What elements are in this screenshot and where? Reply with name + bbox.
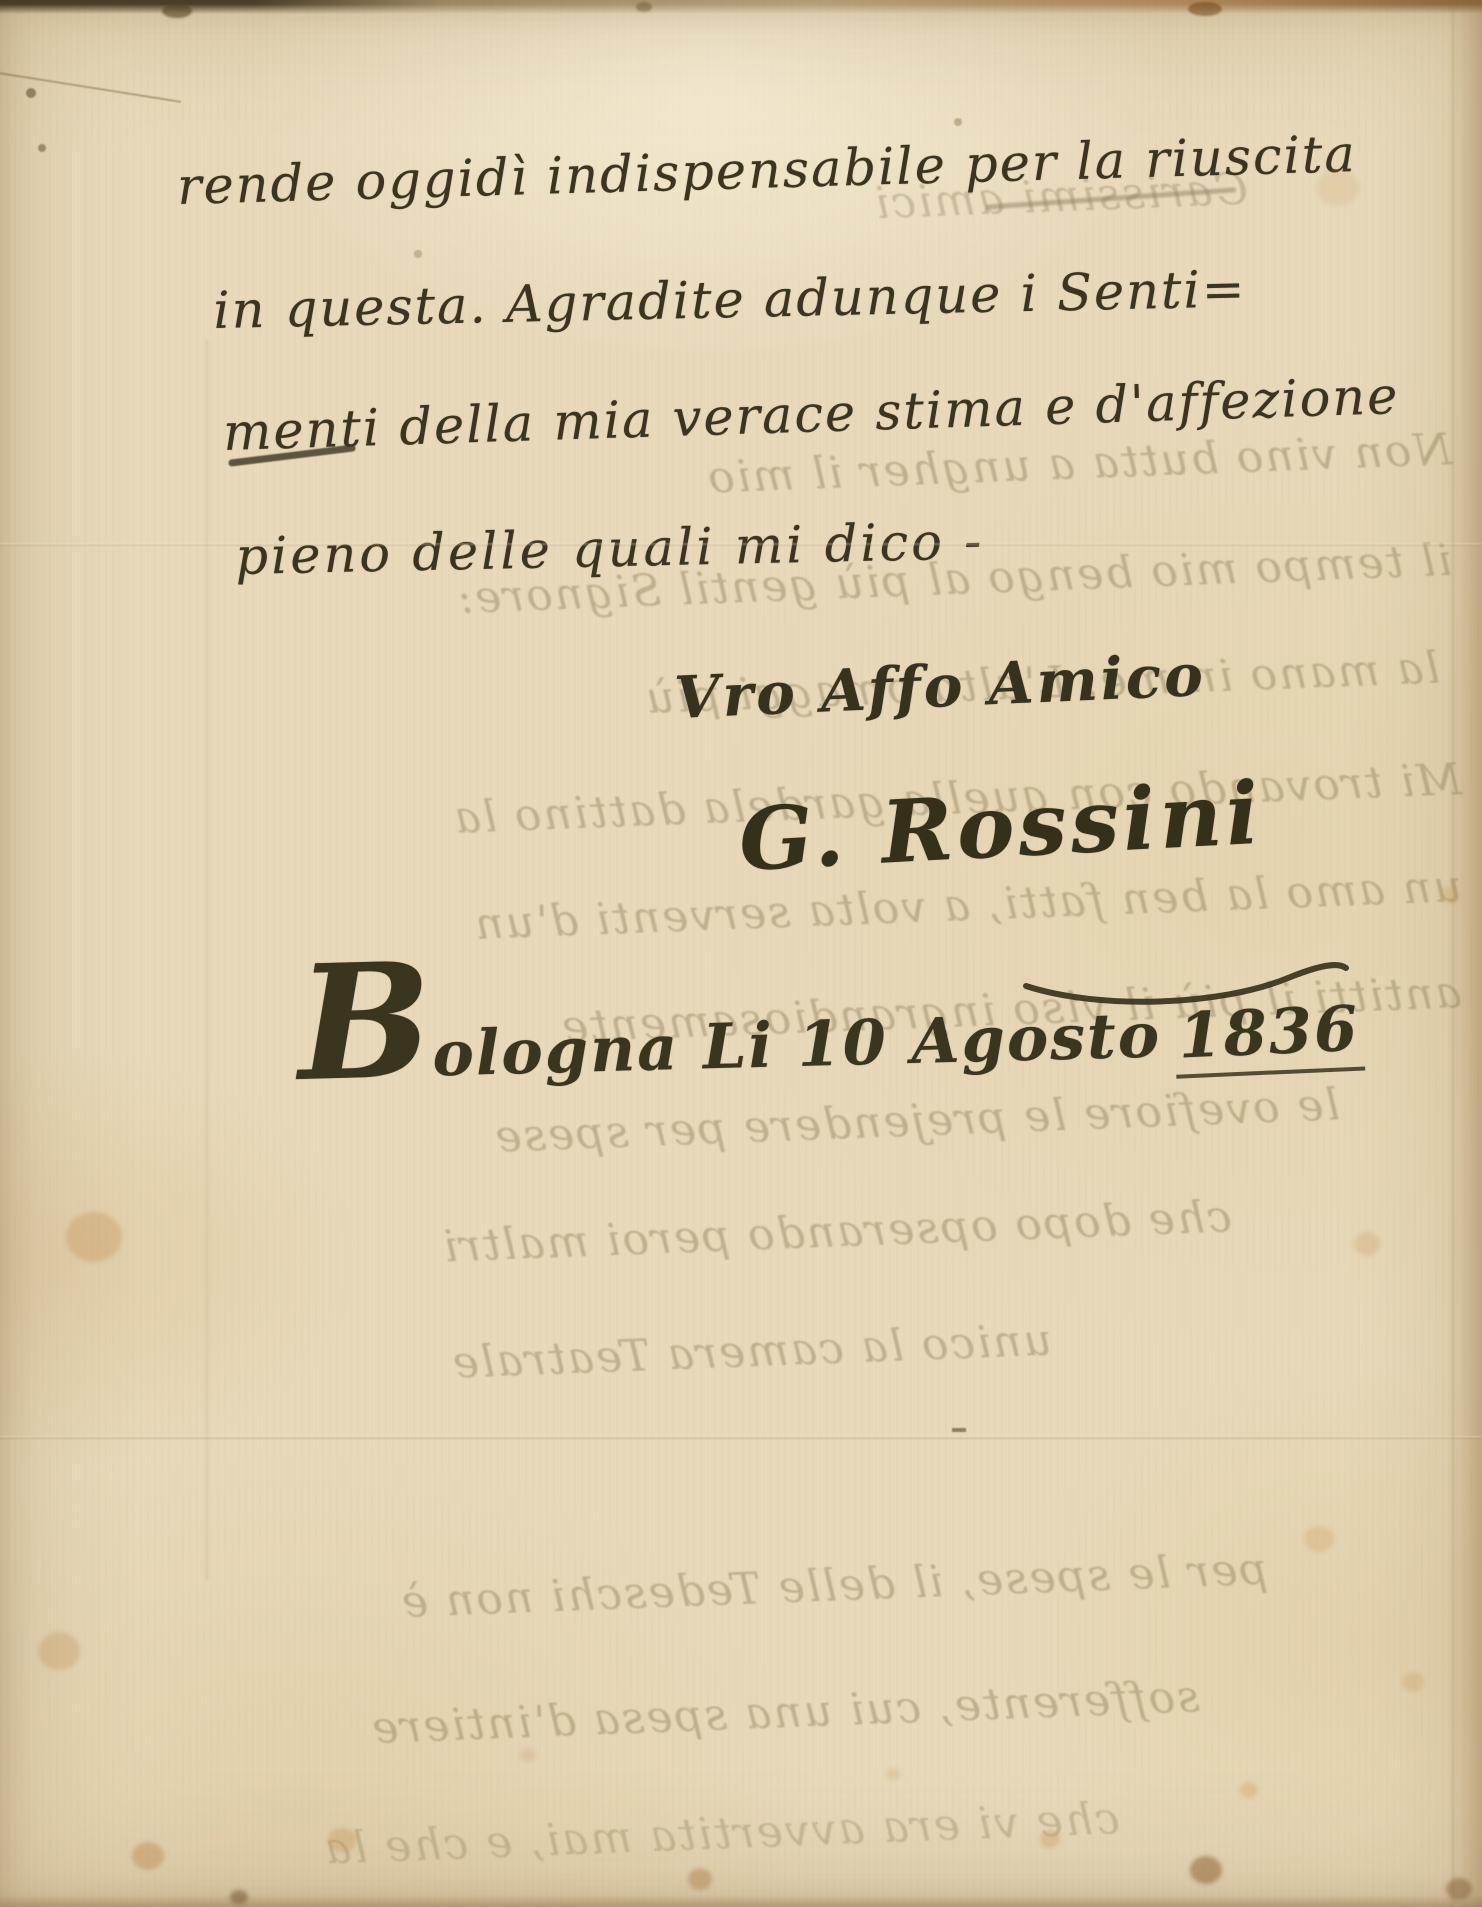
foxing-spot bbox=[520, 1748, 536, 1762]
darkened-bottom-edge bbox=[0, 1895, 1482, 1907]
foxing-spot bbox=[688, 1868, 712, 1890]
bleedthrough-ghost-line: per le spese, il delle Tedeschi non è bbox=[107, 1544, 1268, 1639]
foxing-spot bbox=[1354, 1232, 1380, 1256]
foxing-spot bbox=[38, 144, 46, 152]
letter-page: Carissimi amici Non vino butta a ungher … bbox=[0, 0, 1482, 1907]
foxing-spot bbox=[1190, 1856, 1222, 1884]
crease-ink-tick bbox=[952, 1428, 966, 1432]
darkened-top-edge bbox=[0, 0, 1482, 14]
letter-body-line: in questa. Agradite adunque i Senti= bbox=[213, 260, 1247, 341]
foxing-spot bbox=[414, 250, 422, 258]
dateline: Bologna Li 10 Agosto1836 bbox=[297, 950, 1365, 1100]
foxing-spot bbox=[886, 1768, 900, 1780]
foxing-spot bbox=[1304, 1526, 1334, 1552]
valediction: Vro Affo Amico bbox=[673, 641, 1207, 732]
dateline-place-date: Bologna Li 10 Agosto bbox=[297, 955, 1162, 1094]
bleedthrough-ghost-line: che dopo opserando peroi maltri bbox=[151, 1191, 1232, 1283]
foxing-spot bbox=[954, 118, 962, 126]
darkened-right-edge bbox=[1452, 0, 1482, 1907]
bleedthrough-ghost-line: unico la camera Teatrale bbox=[151, 1315, 1052, 1401]
bleedthrough-ghost-line: sofferente, cui una spesa d'intiere bbox=[119, 1671, 1200, 1763]
dateline-year: 1836 bbox=[1173, 992, 1365, 1079]
horizontal-fold-crease bbox=[0, 1436, 1482, 1439]
corner-crease bbox=[0, 71, 181, 103]
foxing-spot bbox=[66, 1212, 122, 1262]
foxing-spot bbox=[38, 1632, 80, 1670]
foxing-spot bbox=[1402, 1672, 1424, 1692]
foxing-spot bbox=[1240, 1782, 1258, 1798]
foxing-spot bbox=[26, 88, 36, 98]
bleedthrough-ghost-line: che vi era avvertita mai, e che la bbox=[139, 1793, 1120, 1882]
